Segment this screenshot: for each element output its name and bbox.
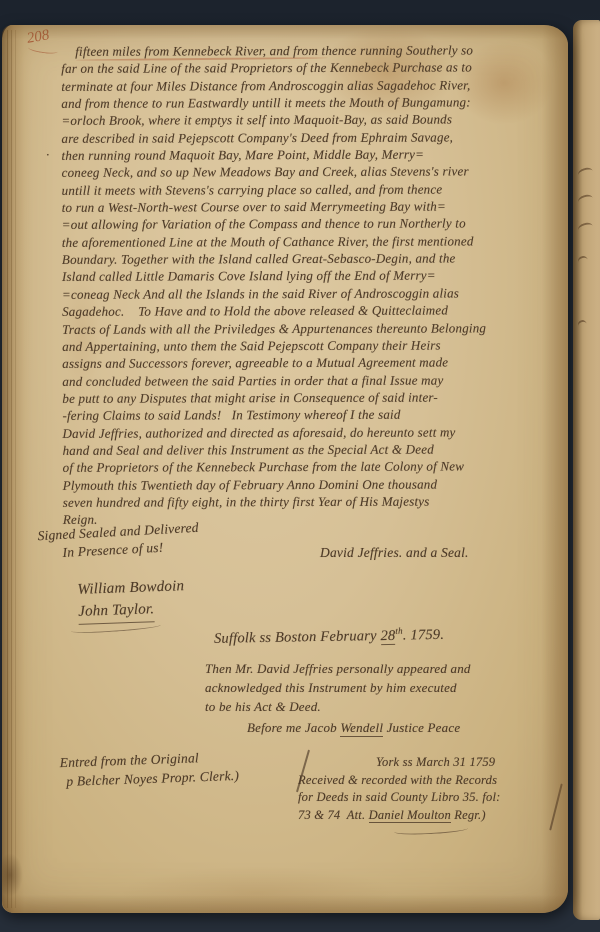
deed-line: Island called Little Damaris Cove Island… xyxy=(62,267,556,286)
deed-line: Plymouth this Twentieth day of February … xyxy=(63,475,557,494)
acknowledgment-line: Then Mr. David Jeffries personally appea… xyxy=(205,659,471,678)
date-day: 28 xyxy=(380,628,395,645)
binding-gutter xyxy=(2,25,32,913)
grantor-signature-note: David Jeffries. and a Seal. xyxy=(320,545,469,561)
acknowledgment-block: Then Mr. David Jeffries personally appea… xyxy=(205,659,471,737)
deed-line: fifteen miles from Kennebeck River, and … xyxy=(61,41,555,60)
acknowledgment-heading: Suffolk ss Boston February 28th. 1759. xyxy=(214,625,444,648)
bracket-stroke xyxy=(549,783,563,830)
deed-line: =coneag Neck And all the Islands in the … xyxy=(62,284,556,303)
page-edge-line xyxy=(11,30,12,908)
page-edge-line xyxy=(7,30,8,908)
registry-note: York ss March 31 1759 Received & recorde… xyxy=(298,754,500,834)
margin-dot: · xyxy=(46,147,49,163)
deed-line: =out allowing for Variation of the Compa… xyxy=(62,215,556,234)
deed-line: to run a West-North-west Course over to … xyxy=(62,197,556,216)
deed-line: Boundary. Together with the Island calle… xyxy=(62,249,556,268)
folio-flourish xyxy=(28,44,59,55)
signature-flourish xyxy=(394,824,468,836)
deed-body: fifteen miles from Kennebeck River, and … xyxy=(61,41,557,528)
justice-name: Wendell xyxy=(340,720,383,737)
deed-line: Tracts of Lands with all the Priviledges… xyxy=(62,319,556,338)
deed-line: seven hundred and fifty eight, in the th… xyxy=(63,492,557,511)
deed-line: of the Proprietors of the Kennebeck Purc… xyxy=(63,457,557,476)
deed-line: assigns and Successors forever, agreeabl… xyxy=(62,353,556,372)
deed-line: =orloch Brook, where it emptys it self i… xyxy=(61,111,555,130)
deed-line: and concluded between the said Parties i… xyxy=(62,371,556,390)
acknowledgment-line: acknowledged this Instrument by him exec… xyxy=(205,678,471,697)
manuscript-page: 208 · fifteen miles from Kennebeck River… xyxy=(2,25,568,913)
justice-attestation: Before me Jacob Wendell Justice Peace xyxy=(247,718,471,737)
deed-line: untill it meets with Stevens's carrying … xyxy=(62,180,556,199)
deed-line: are described in said Pejepscott Company… xyxy=(61,128,555,147)
attestation-block: Signed Sealed and Delivered In Presence … xyxy=(37,519,200,563)
adjacent-page-ink-mark xyxy=(577,221,594,235)
witness-signature: John Taylor. xyxy=(78,597,186,625)
deed-line: terminate at four Miles Distance from An… xyxy=(61,76,555,95)
witness-signature: William Bowdoin xyxy=(77,575,184,601)
deed-line: and Appertaining, unto them the Said Pej… xyxy=(62,336,556,355)
deed-line: be putt to any Disputes that might arise… xyxy=(62,388,556,407)
witness-signatures: William Bowdoin John Taylor. xyxy=(77,575,186,633)
adjacent-page-ink-mark xyxy=(577,166,594,180)
deed-line: far on the said Line of the said Proprie… xyxy=(61,58,555,77)
adjacent-page-ink-mark xyxy=(577,319,588,331)
adjacent-page-edge xyxy=(573,20,600,920)
deed-line: and from thence to run Eastwardly untill… xyxy=(61,93,555,112)
registry-jurisdiction: York ss March 31 1759 xyxy=(298,754,500,772)
page-edge-line xyxy=(15,30,16,908)
deed-line: -fering Claims to said Lands! In Testimo… xyxy=(62,405,556,424)
deed-line: hand and Seal and deliver this Instrumen… xyxy=(63,440,557,459)
recording-note: Entred from the Original p Belcher Noyes… xyxy=(59,747,239,791)
deed-line: then running round Maquoit Bay, Mare Poi… xyxy=(62,145,556,164)
registry-line: for Deeds in said County Libro 35. fol: xyxy=(298,789,500,807)
deed-line: David Jeffries, authorized and directed … xyxy=(62,423,556,442)
deed-line: Sagadehoc. To Have and to Hold the above… xyxy=(62,301,556,320)
deed-line: coneeg Neck, and so up New Meadows Bay a… xyxy=(62,163,556,182)
adjacent-page-ink-mark xyxy=(577,193,594,207)
adjacent-page-ink-mark xyxy=(577,255,589,267)
register-name: Daniel Moulton xyxy=(369,808,451,824)
paper-stain xyxy=(122,867,392,919)
acknowledgment-line: to be his Act & Deed. xyxy=(205,697,471,716)
registry-line: Received & recorded with the Records xyxy=(298,772,500,790)
registry-attestation: 73 & 74 Att. Daniel Moulton Regr.) xyxy=(298,807,500,825)
photo-background: 208 · fifteen miles from Kennebeck River… xyxy=(0,0,600,932)
deed-line: the aforementioned Line at the Mouth of … xyxy=(62,232,556,251)
